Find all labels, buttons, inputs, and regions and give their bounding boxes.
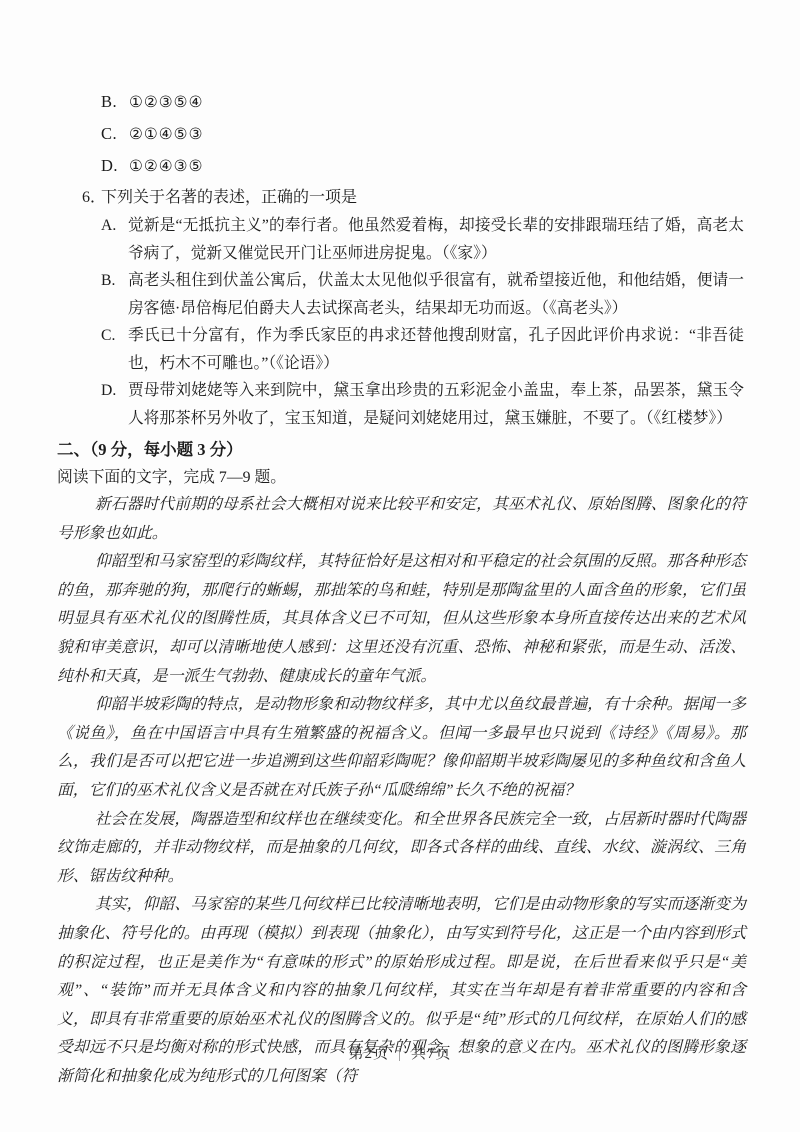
- option-sequence: ①②③⑤④: [129, 93, 203, 111]
- passage-paragraph-1: 新石器时代前期的母系社会大概相对说来比较平和安定，其巫术礼仪、原始图腾、图象化的…: [57, 491, 746, 548]
- option-letter: C.: [101, 118, 117, 150]
- question-6-option-a: A. 觉新是“无抵抗主义”的奉行者。他虽然爱着梅，却接受长辈的安排跟瑞珏结了婚，…: [57, 212, 746, 267]
- exam-paper-page: B. ①②③⑤④ C. ②①④⑤③ D. ①②④③⑤ 6． 下列关于名著的表述，…: [0, 0, 800, 1132]
- option-letter: A.: [101, 212, 116, 240]
- page-number-current: 第2页: [348, 1046, 389, 1062]
- question-6-option-b: B. 高老头租住到伏盖公寓后，伏盖太太见他似乎很富有，就希望接近他，和他结婚，便…: [57, 267, 746, 322]
- option-letter: B.: [101, 86, 117, 118]
- page-content: B. ①②③⑤④ C. ②①④⑤③ D. ①②④③⑤ 6． 下列关于名著的表述，…: [0, 0, 800, 1091]
- option-row-b: B. ①②③⑤④: [57, 86, 746, 118]
- option-text: 贾母带刘姥姥等入来到院中，黛玉拿出珍贵的五彩泥金小盖盅，奉上茶，品罢茶，黛玉令人…: [128, 382, 744, 427]
- option-text: 高老头租住到伏盖公寓后，伏盖太太见他似乎很富有，就希望接近他，和他结婚，便请一房…: [128, 272, 744, 317]
- option-sequence: ②①④⑤③: [129, 125, 203, 143]
- footer-separator: |: [389, 1046, 411, 1062]
- page-footer: 第2页|共7页: [0, 1042, 800, 1063]
- question-number: 6．: [82, 184, 106, 212]
- page-number-total: 共7页: [411, 1046, 452, 1062]
- option-sequence: ①②④③⑤: [129, 157, 203, 175]
- question-6-option-c: C. 季氏已十分富有，作为季氏家臣的冉求还替他搜刮财富，孔子因此评价冉求说：“非…: [57, 322, 746, 377]
- option-text: 觉新是“无抵抗主义”的奉行者。他虽然爱着梅，却接受长辈的安排跟瑞珏结了婚，高老太…: [128, 217, 744, 262]
- question-stem-text: 下列关于名著的表述，正确的一项是: [101, 189, 357, 206]
- option-row-c: C. ②①④⑤③: [57, 118, 746, 150]
- question-6-stem: 6． 下列关于名著的表述，正确的一项是: [57, 184, 746, 212]
- option-letter: D.: [101, 377, 116, 405]
- option-row-d: D. ①②④③⑤: [57, 150, 746, 182]
- passage-paragraph-4: 社会在发展，陶器造型和纹样也在继续变化。和全世界各民族完全一致，占居新时器时代陶…: [57, 806, 746, 892]
- option-letter: C.: [101, 322, 115, 350]
- option-letter: D.: [101, 150, 118, 182]
- passage-paragraph-3: 仰韶半坡彩陶的特点，是动物形象和动物纹样多，其中尤以鱼纹最普遍，有十余种。据闻一…: [57, 691, 746, 805]
- reading-passage: 新石器时代前期的母系社会大概相对说来比较平和安定，其巫术礼仪、原始图腾、图象化的…: [57, 491, 746, 1091]
- section-2-heading: 二、（9 分，每小题 3 分）: [57, 435, 746, 464]
- question-6-option-d: D. 贾母带刘姥姥等入来到院中，黛玉拿出珍贵的五彩泥金小盖盅，奉上茶，品罢茶，黛…: [57, 377, 746, 432]
- reading-instruction: 阅读下面的文字，完成 7—9 题。: [57, 464, 746, 491]
- option-text: 季氏已十分富有，作为季氏家臣的冉求还替他搜刮财富，孔子因此评价冉求说：“非吾徒也…: [128, 327, 744, 372]
- passage-paragraph-2: 仰韶型和马家窑型的彩陶纹样，其特征恰好是这相对和平稳定的社会氛围的反照。那各种形…: [57, 548, 746, 691]
- option-letter: B.: [101, 267, 115, 295]
